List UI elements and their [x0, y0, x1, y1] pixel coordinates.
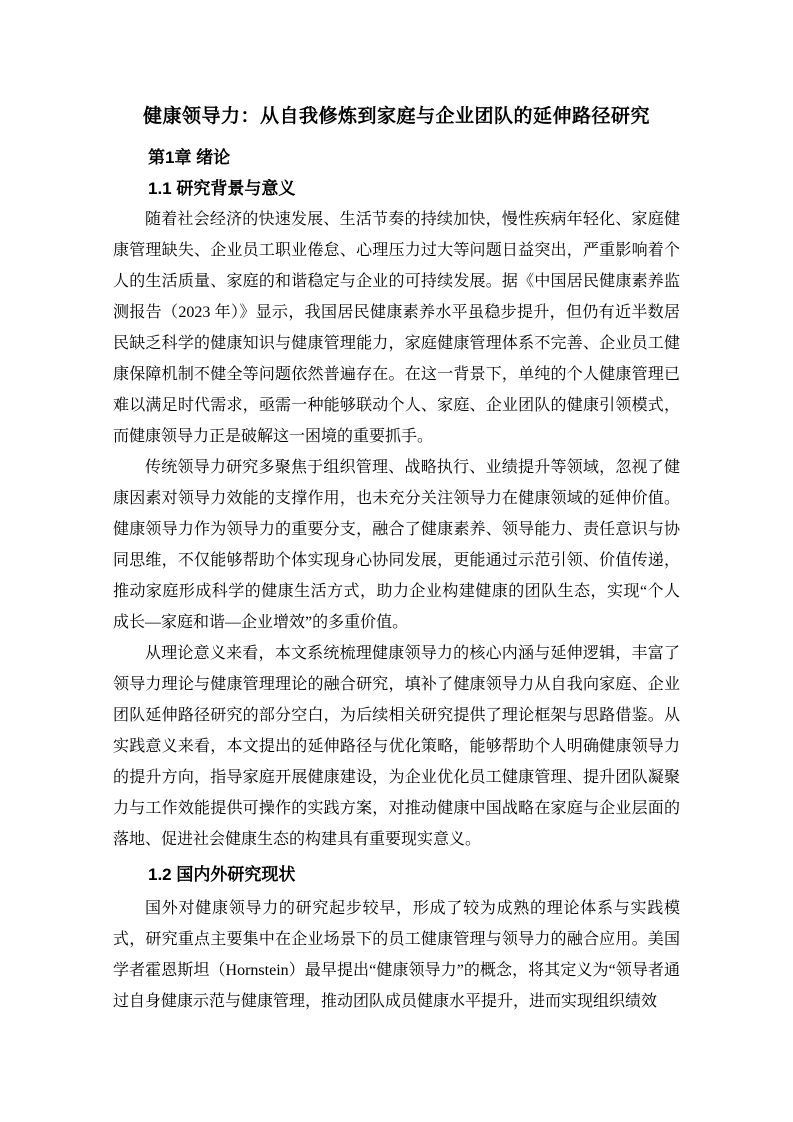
paragraph-research-status: 国外对健康领导力的研究起步较早，形成了较为成熟的理论体系与实践模式，研究重点主要…	[113, 893, 680, 1017]
chapter-heading: 第1章 绪论	[113, 142, 680, 173]
document-page: 健康领导力：从自我修炼到家庭与企业团队的延伸路径研究 第1章 绪论 1.1 研究…	[0, 0, 793, 1122]
document-content: 健康领导力：从自我修炼到家庭与企业团队的延伸路径研究 第1章 绪论 1.1 研究…	[113, 0, 680, 1017]
paragraph-traditional-leadership: 传统领导力研究多聚焦于组织管理、战略执行、业绩提升等领域，忽视了健康因素对领导力…	[113, 452, 680, 638]
document-title: 健康领导力：从自我修炼到家庭与企业团队的延伸路径研究	[113, 0, 680, 133]
paragraph-research-background: 随着社会经济的快速发展、生活节奏的持续加快，慢性疾病年轻化、家庭健康管理缺失、企…	[113, 204, 680, 452]
section-heading-1-1: 1.1 研究背景与意义	[113, 173, 680, 204]
paragraph-significance: 从理论意义来看，本文系统梳理健康领导力的核心内涵与延伸逻辑，丰富了领导力理论与健…	[113, 638, 680, 855]
section-heading-1-2: 1.2 国内外研究现状	[113, 859, 680, 890]
